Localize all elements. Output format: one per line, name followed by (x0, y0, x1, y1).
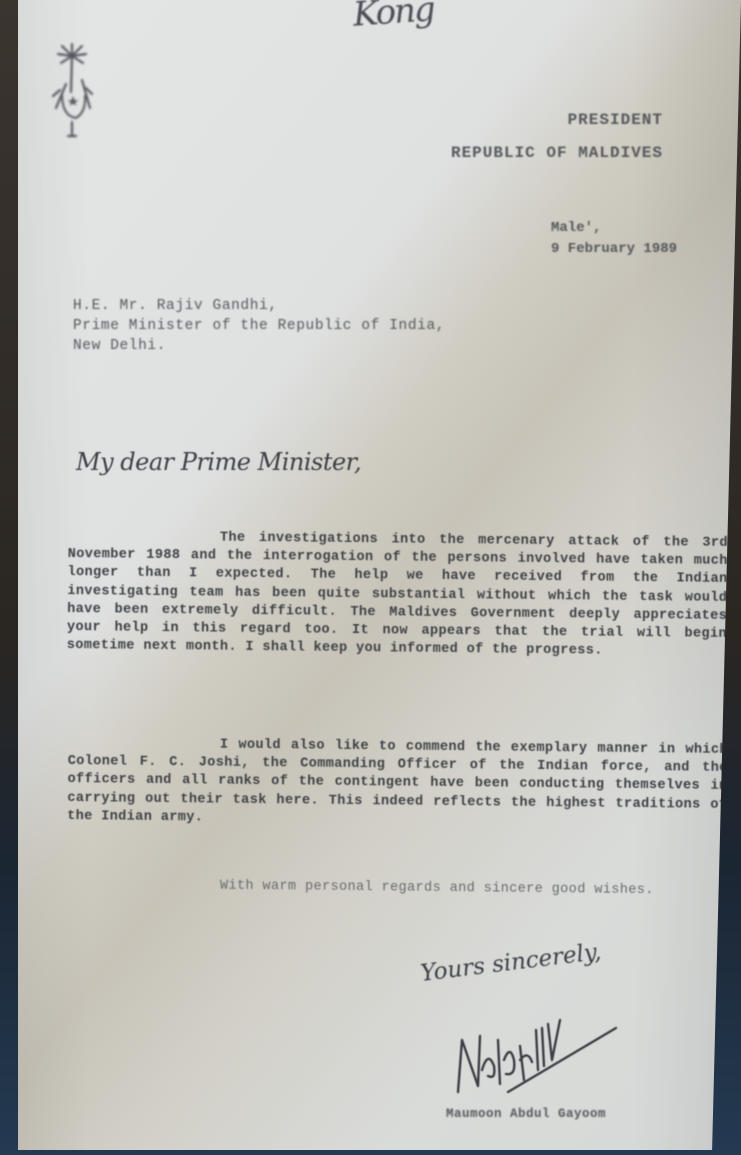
place-date: Male', 9 February 1989 (551, 218, 677, 260)
addressee-name: H.E. Mr. Rajiv Gandhi, (73, 296, 445, 316)
handwritten-annotation: Kong (352, 0, 435, 35)
addressee-block: H.E. Mr. Rajiv Gandhi, Prime Minister of… (73, 296, 445, 356)
signatory-name: Maumoon Abdul Gayoom (446, 1107, 606, 1121)
salutation: My dear Prime Minister, (76, 448, 361, 476)
signature (448, 1000, 638, 1100)
addressee-title: Prime Minister of the Republic of India, (73, 316, 445, 336)
date: 9 February 1989 (551, 239, 677, 260)
paragraph-text: I would also like to commend the exempla… (67, 738, 728, 826)
body-paragraph-1: The investigations into the mercenary at… (67, 528, 728, 662)
closing: Yours sincerely, (419, 939, 602, 987)
paragraph-text: With warm personal regards and sincere g… (220, 879, 654, 899)
state-emblem-icon (48, 36, 98, 148)
paragraph-text: The investigations into the mercenary at… (67, 531, 728, 659)
letterhead: PRESIDENT REPUBLIC OF MALDIVES (451, 104, 663, 170)
addressee-city: New Delhi. (73, 336, 445, 356)
body-paragraph-2: I would also like to commend the exempla… (67, 735, 728, 833)
letterhead-subtitle: REPUBLIC OF MALDIVES (451, 137, 663, 170)
letterhead-title: PRESIDENT (451, 104, 663, 137)
place: Male', (551, 218, 677, 239)
body-paragraph-3: With warm personal regards and sincere g… (68, 876, 728, 901)
letter-sheet: Kong PRESIDENT REPU (18, 0, 741, 1150)
